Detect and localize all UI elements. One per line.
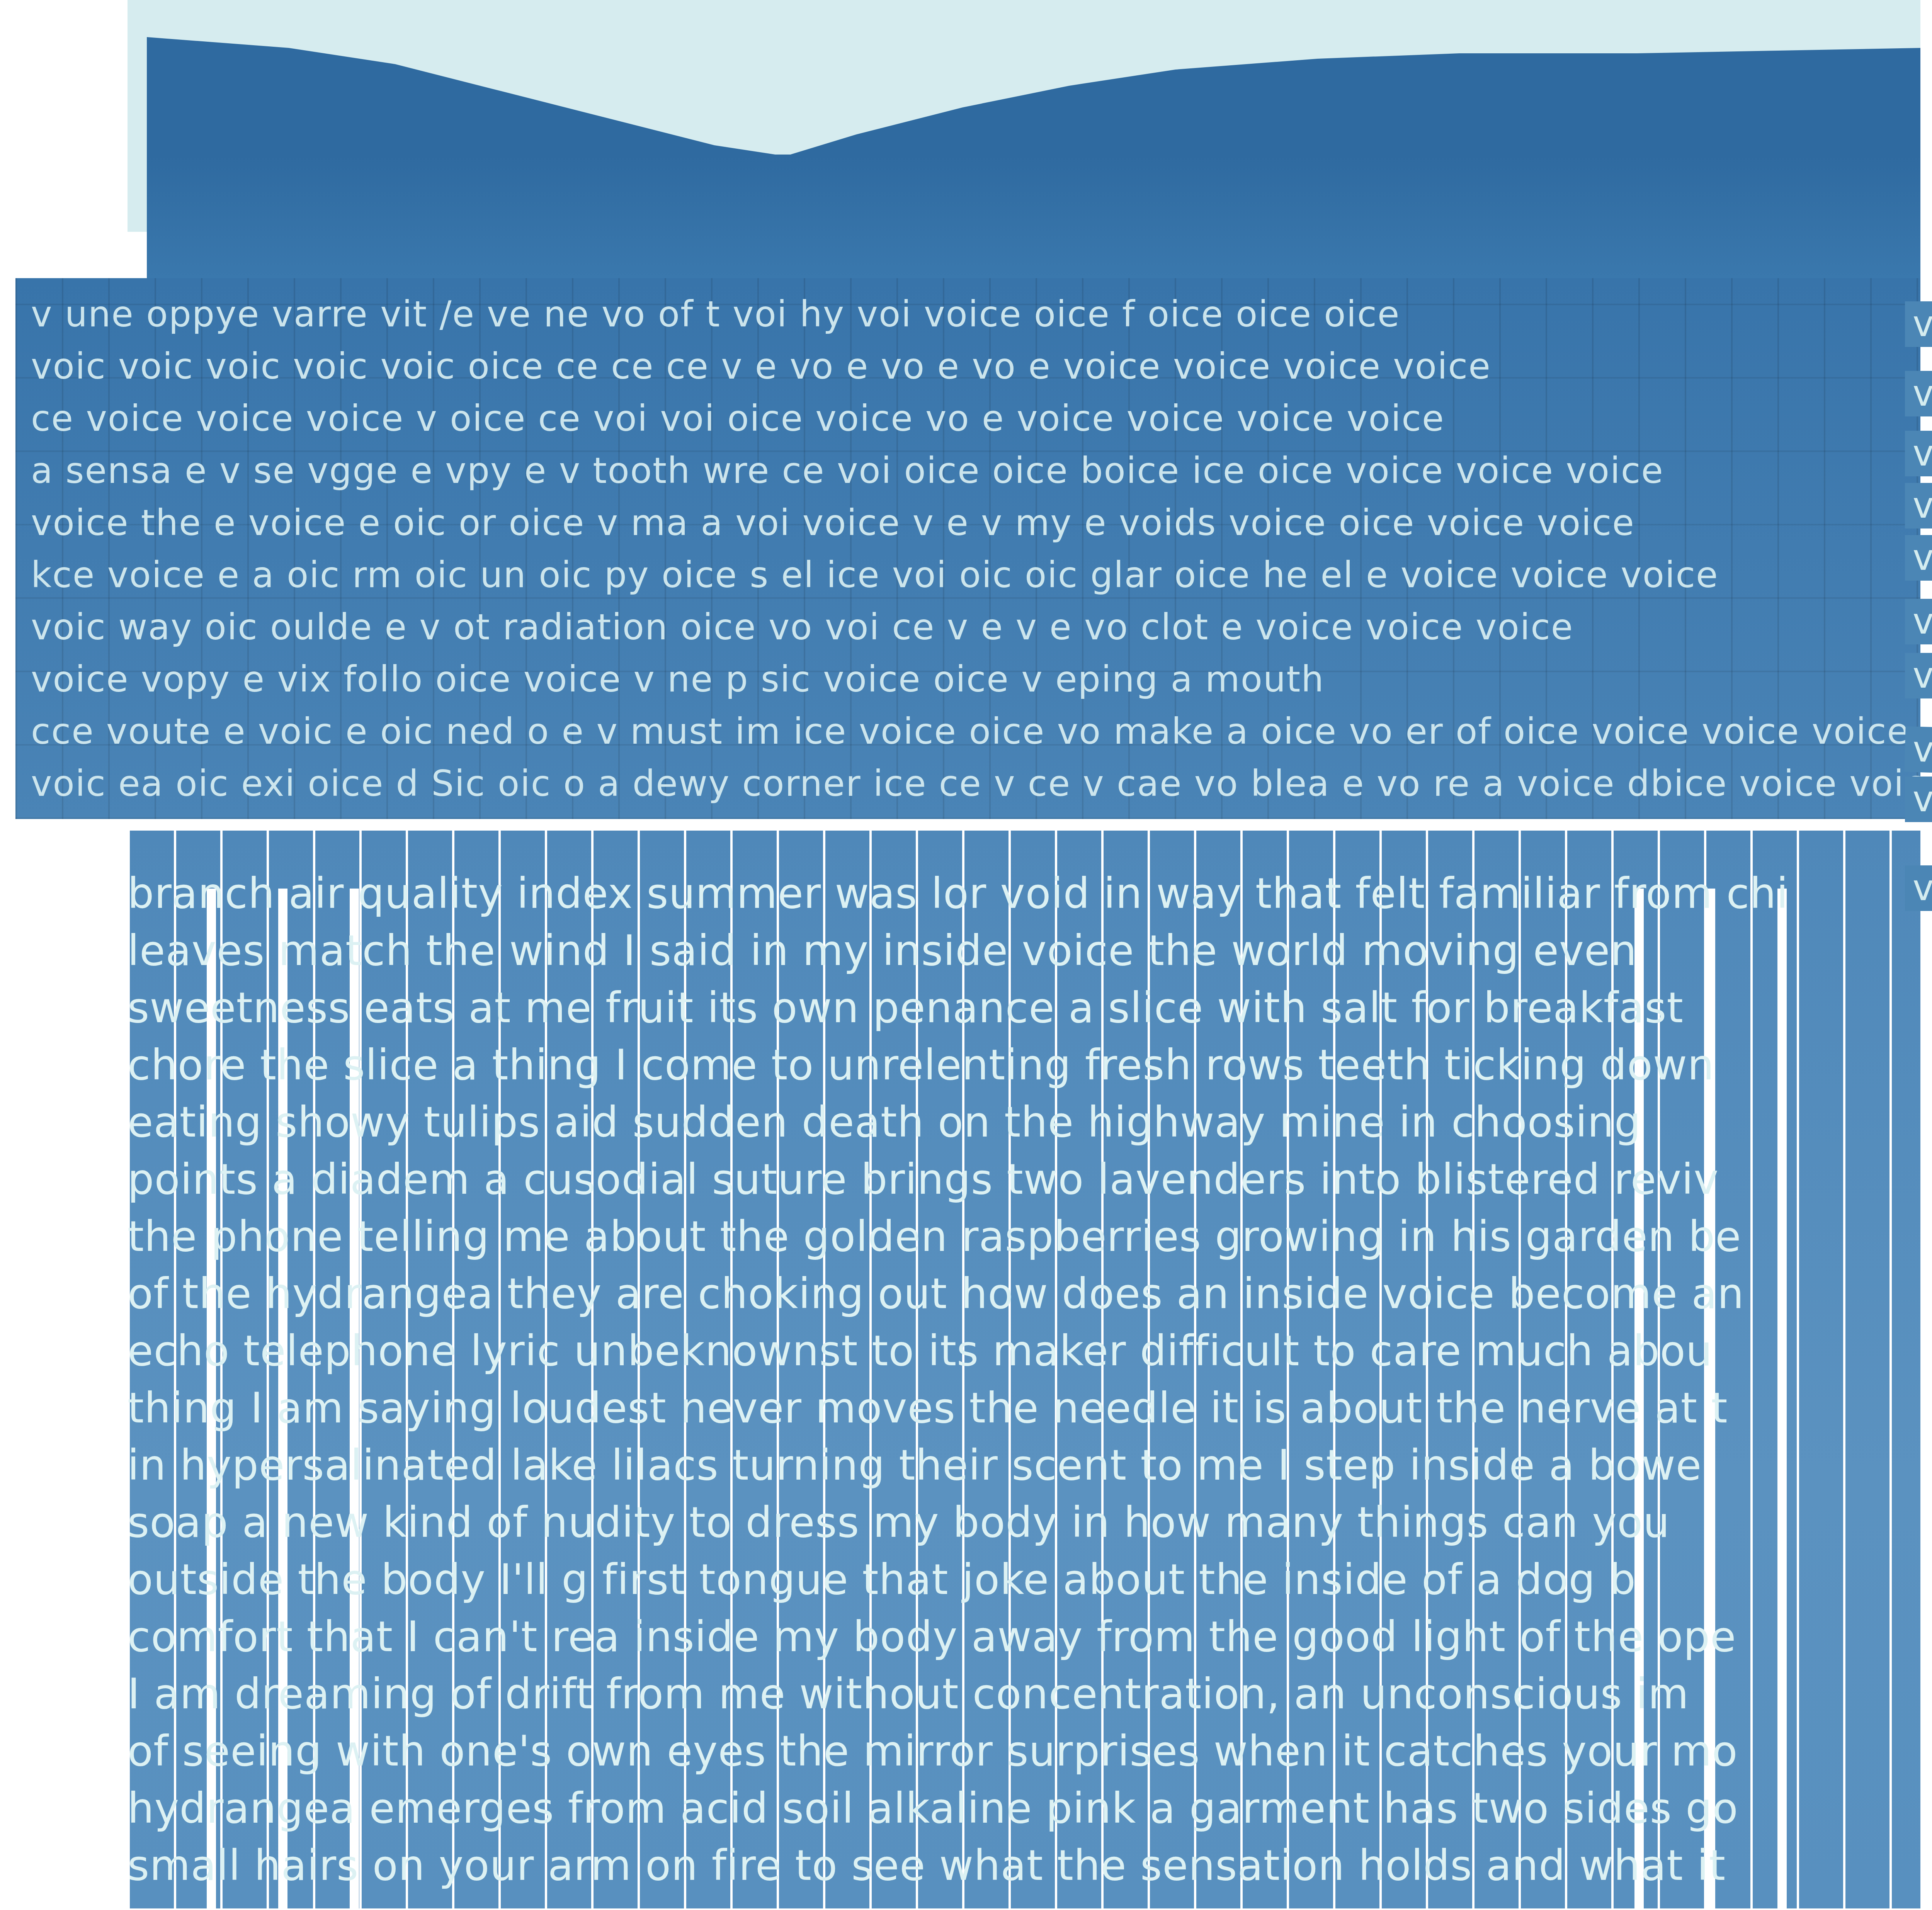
poem-line: soap a new kind of nudity to dress my bo…	[128, 1494, 1920, 1551]
voice-strip: voice voice voice voice	[1905, 599, 1932, 644]
upper-blue-field	[147, 155, 1920, 278]
poem-line: sweetness eats at me fruit its own penan…	[128, 980, 1920, 1037]
poem-text: branch air quality index summer was lor …	[128, 865, 1920, 1895]
weave-row: voice vopy e vix follo oice voice v ne p…	[31, 659, 1325, 705]
weave-row: ce voice voice voice v oice ce voi voi o…	[31, 398, 1445, 444]
poem-line: I am dreaming of drift from me without c…	[128, 1666, 1920, 1723]
voice-strip: voice voice voice voice	[1905, 777, 1932, 822]
voice-strip: voice voice voice voice	[1905, 301, 1932, 347]
voice-strip: voice voice voice voice	[1905, 865, 1932, 911]
poem-line: hydrangea emerges from acid soil alkalin…	[128, 1780, 1920, 1837]
poem-line: of the hydrangea they are choking out ho…	[128, 1266, 1920, 1323]
poem-line: eating showy tulips aid sudden death on …	[128, 1094, 1920, 1151]
poem-line: thing I am saying loudest never moves th…	[128, 1380, 1920, 1437]
voice-strip: voice voice voice voice	[1905, 653, 1932, 698]
poem-line: in hypersalinated lake lilacs turning th…	[128, 1437, 1920, 1494]
weave-row: voice the e voice e oic or oice v ma a v…	[31, 502, 1635, 549]
poem-line: comfort that I can't rea inside my body …	[128, 1609, 1920, 1666]
poem-line: small hairs on your arm on fire to see w…	[128, 1837, 1920, 1895]
poem-line: outside the body I'll g first tongue tha…	[128, 1551, 1920, 1609]
weave-row: cce voute e voic e oic ned o e v must im…	[31, 711, 1910, 757]
voice-strip: voice voice voice voice	[1905, 483, 1932, 528]
weave-row: kce voice e a oic rm oic un oic py oice …	[31, 554, 1719, 601]
weave-row: voic way oic oulde e v ot radiation oice…	[31, 607, 1573, 653]
woven-section: v une oppye varre vit /e ve ne vo of t v…	[15, 278, 1920, 819]
weave-row: a sensa e v se vgge e vpy e v tooth wre …	[31, 450, 1664, 496]
poem-line: leaves match the wind I said in my insid…	[128, 923, 1920, 980]
voice-strip: voice voice voice voice	[1905, 535, 1932, 581]
poem-line: of seeing with one's own eyes the mirror…	[128, 1723, 1920, 1780]
poem-line: chore the slice a thing I come to unrele…	[128, 1037, 1920, 1094]
voice-strip: voice voice voice voice	[1905, 371, 1932, 416]
poem-line: the phone telling me about the golden ra…	[128, 1208, 1920, 1266]
poem-line: branch air quality index summer was lor …	[128, 865, 1920, 923]
weave-row: voic ea oic exi oice d Sic oic o a dewy …	[31, 763, 1932, 809]
poem-line: points a diadem a cusodial suture brings…	[128, 1151, 1920, 1208]
voice-strip: voice voice voice voice	[1905, 431, 1932, 476]
weave-row: voic voic voic voic voic oice ce ce ce v…	[31, 346, 1491, 392]
weave-row: v une oppye varre vit /e ve ne vo of t v…	[31, 294, 1400, 340]
poem-line: echo telephone lyric unbeknownst to its …	[128, 1323, 1920, 1380]
